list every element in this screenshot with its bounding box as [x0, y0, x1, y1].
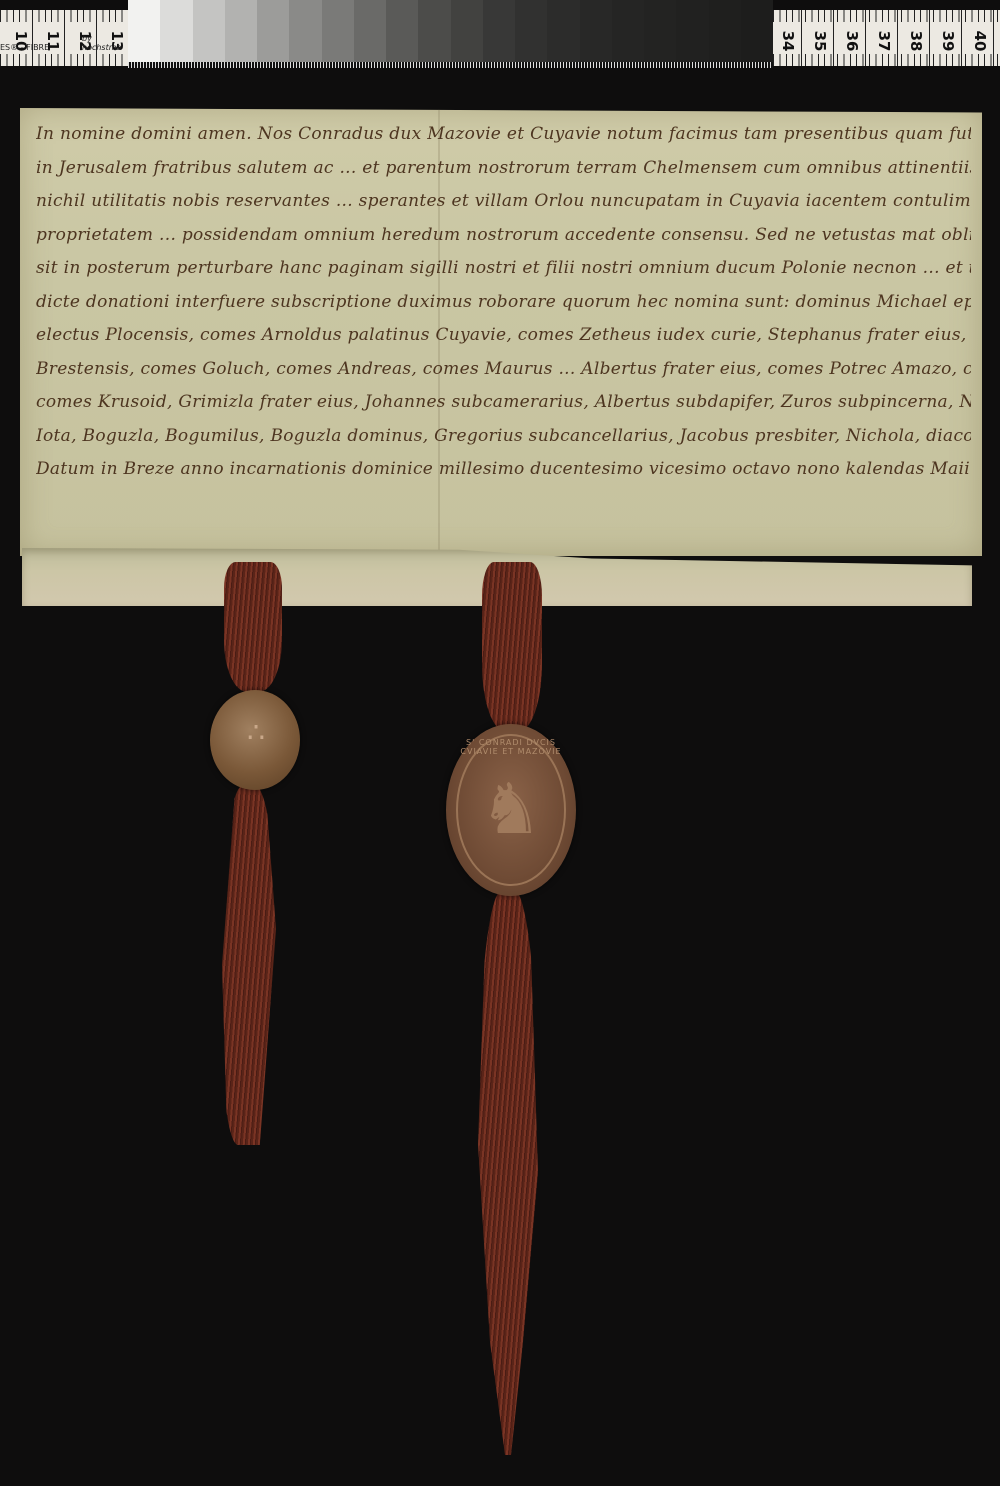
- ruler-number: 40: [963, 26, 997, 56]
- ruler-major-tick: [929, 10, 930, 66]
- gray-patch: [160, 0, 192, 64]
- charter-line: nichil utilitatis nobis reservantes ... …: [36, 185, 971, 219]
- gray-patch: [354, 0, 386, 64]
- gray-patch: [289, 0, 321, 64]
- ruler-number: 37: [867, 26, 901, 56]
- ruler-number: 35: [803, 26, 837, 56]
- gray-patch: [741, 0, 773, 64]
- gray-chart-ticks: [128, 62, 773, 68]
- gray-patch: [451, 0, 483, 64]
- gray-patch: [483, 0, 515, 64]
- knight-figure-icon: ♞: [482, 754, 540, 864]
- charter-line: Datum in Breze anno incarnationis domini…: [36, 453, 971, 487]
- charter-line: Iota, Boguzla, Bogumilus, Boguzla dominu…: [36, 420, 971, 454]
- ruler-major-tick: [961, 10, 962, 66]
- gray-patch: [193, 0, 225, 64]
- gray-patch: [257, 0, 289, 64]
- cord-right-lower: [478, 890, 538, 1455]
- charter-line: comes Krusoid, Grimizla frater eius, Joh…: [36, 386, 971, 420]
- gray-patch: [386, 0, 418, 64]
- gray-patch: [515, 0, 547, 64]
- charter-line: electus Plocensis, comes Arnoldus palati…: [36, 319, 971, 353]
- charter-line: in Jerusalem fratribus salutem ac ... et…: [36, 152, 971, 186]
- ruler-brand-text: ES® - FIBRE: [0, 43, 49, 52]
- charter-line: sit in posterum perturbare hanc paginam …: [36, 252, 971, 286]
- ruler-maker-text: by hochstma: [82, 34, 128, 52]
- ruler-right: 34 35 36 37 38 39 40: [773, 10, 1000, 66]
- small-wax-seal: ∴: [210, 690, 300, 790]
- ruler-major-tick: [897, 10, 898, 66]
- ruler-major-tick: [801, 10, 802, 66]
- gray-patch: [580, 0, 612, 64]
- ruler-left: 10 11 12 13 ES® - FIBRE by hochstma: [0, 10, 128, 66]
- cord-left-lower: [222, 785, 276, 1145]
- ruler-number: 38: [899, 26, 933, 56]
- gray-patch: [644, 0, 676, 64]
- charter-line: proprietatem ... possidendam omnium here…: [36, 219, 971, 253]
- ruler-major-tick: [865, 10, 866, 66]
- charter-line: Brestensis, comes Goluch, comes Andreas,…: [36, 353, 971, 387]
- gray-patch: [709, 0, 741, 64]
- three-rings-icon: ∴: [236, 712, 276, 752]
- gray-scale-chart: [128, 0, 773, 64]
- ruler-number: 39: [931, 26, 965, 56]
- cord-right-upper: [482, 562, 542, 732]
- charter-line: dicte donationi interfuere subscriptione…: [36, 286, 971, 320]
- ruler-number: 36: [835, 26, 869, 56]
- gray-patch: [612, 0, 644, 64]
- gray-patch: [676, 0, 708, 64]
- ruler-ticks-top: [773, 10, 1000, 22]
- ruler-major-tick: [993, 10, 994, 66]
- gray-patch: [418, 0, 450, 64]
- gray-patch: [225, 0, 257, 64]
- large-wax-seal: S' CONRADI DVCIS CVIAVIE ET MAZOVIE ♞: [446, 724, 576, 896]
- gray-patch: [547, 0, 579, 64]
- charter-line: In nomine domini amen. Nos Conradus dux …: [36, 118, 971, 152]
- ruler-major-tick: [833, 10, 834, 66]
- charter-text: In nomine domini amen. Nos Conradus dux …: [36, 118, 971, 487]
- gray-patch: [128, 0, 160, 64]
- gray-patch: [322, 0, 354, 64]
- cord-left-upper: [224, 562, 282, 692]
